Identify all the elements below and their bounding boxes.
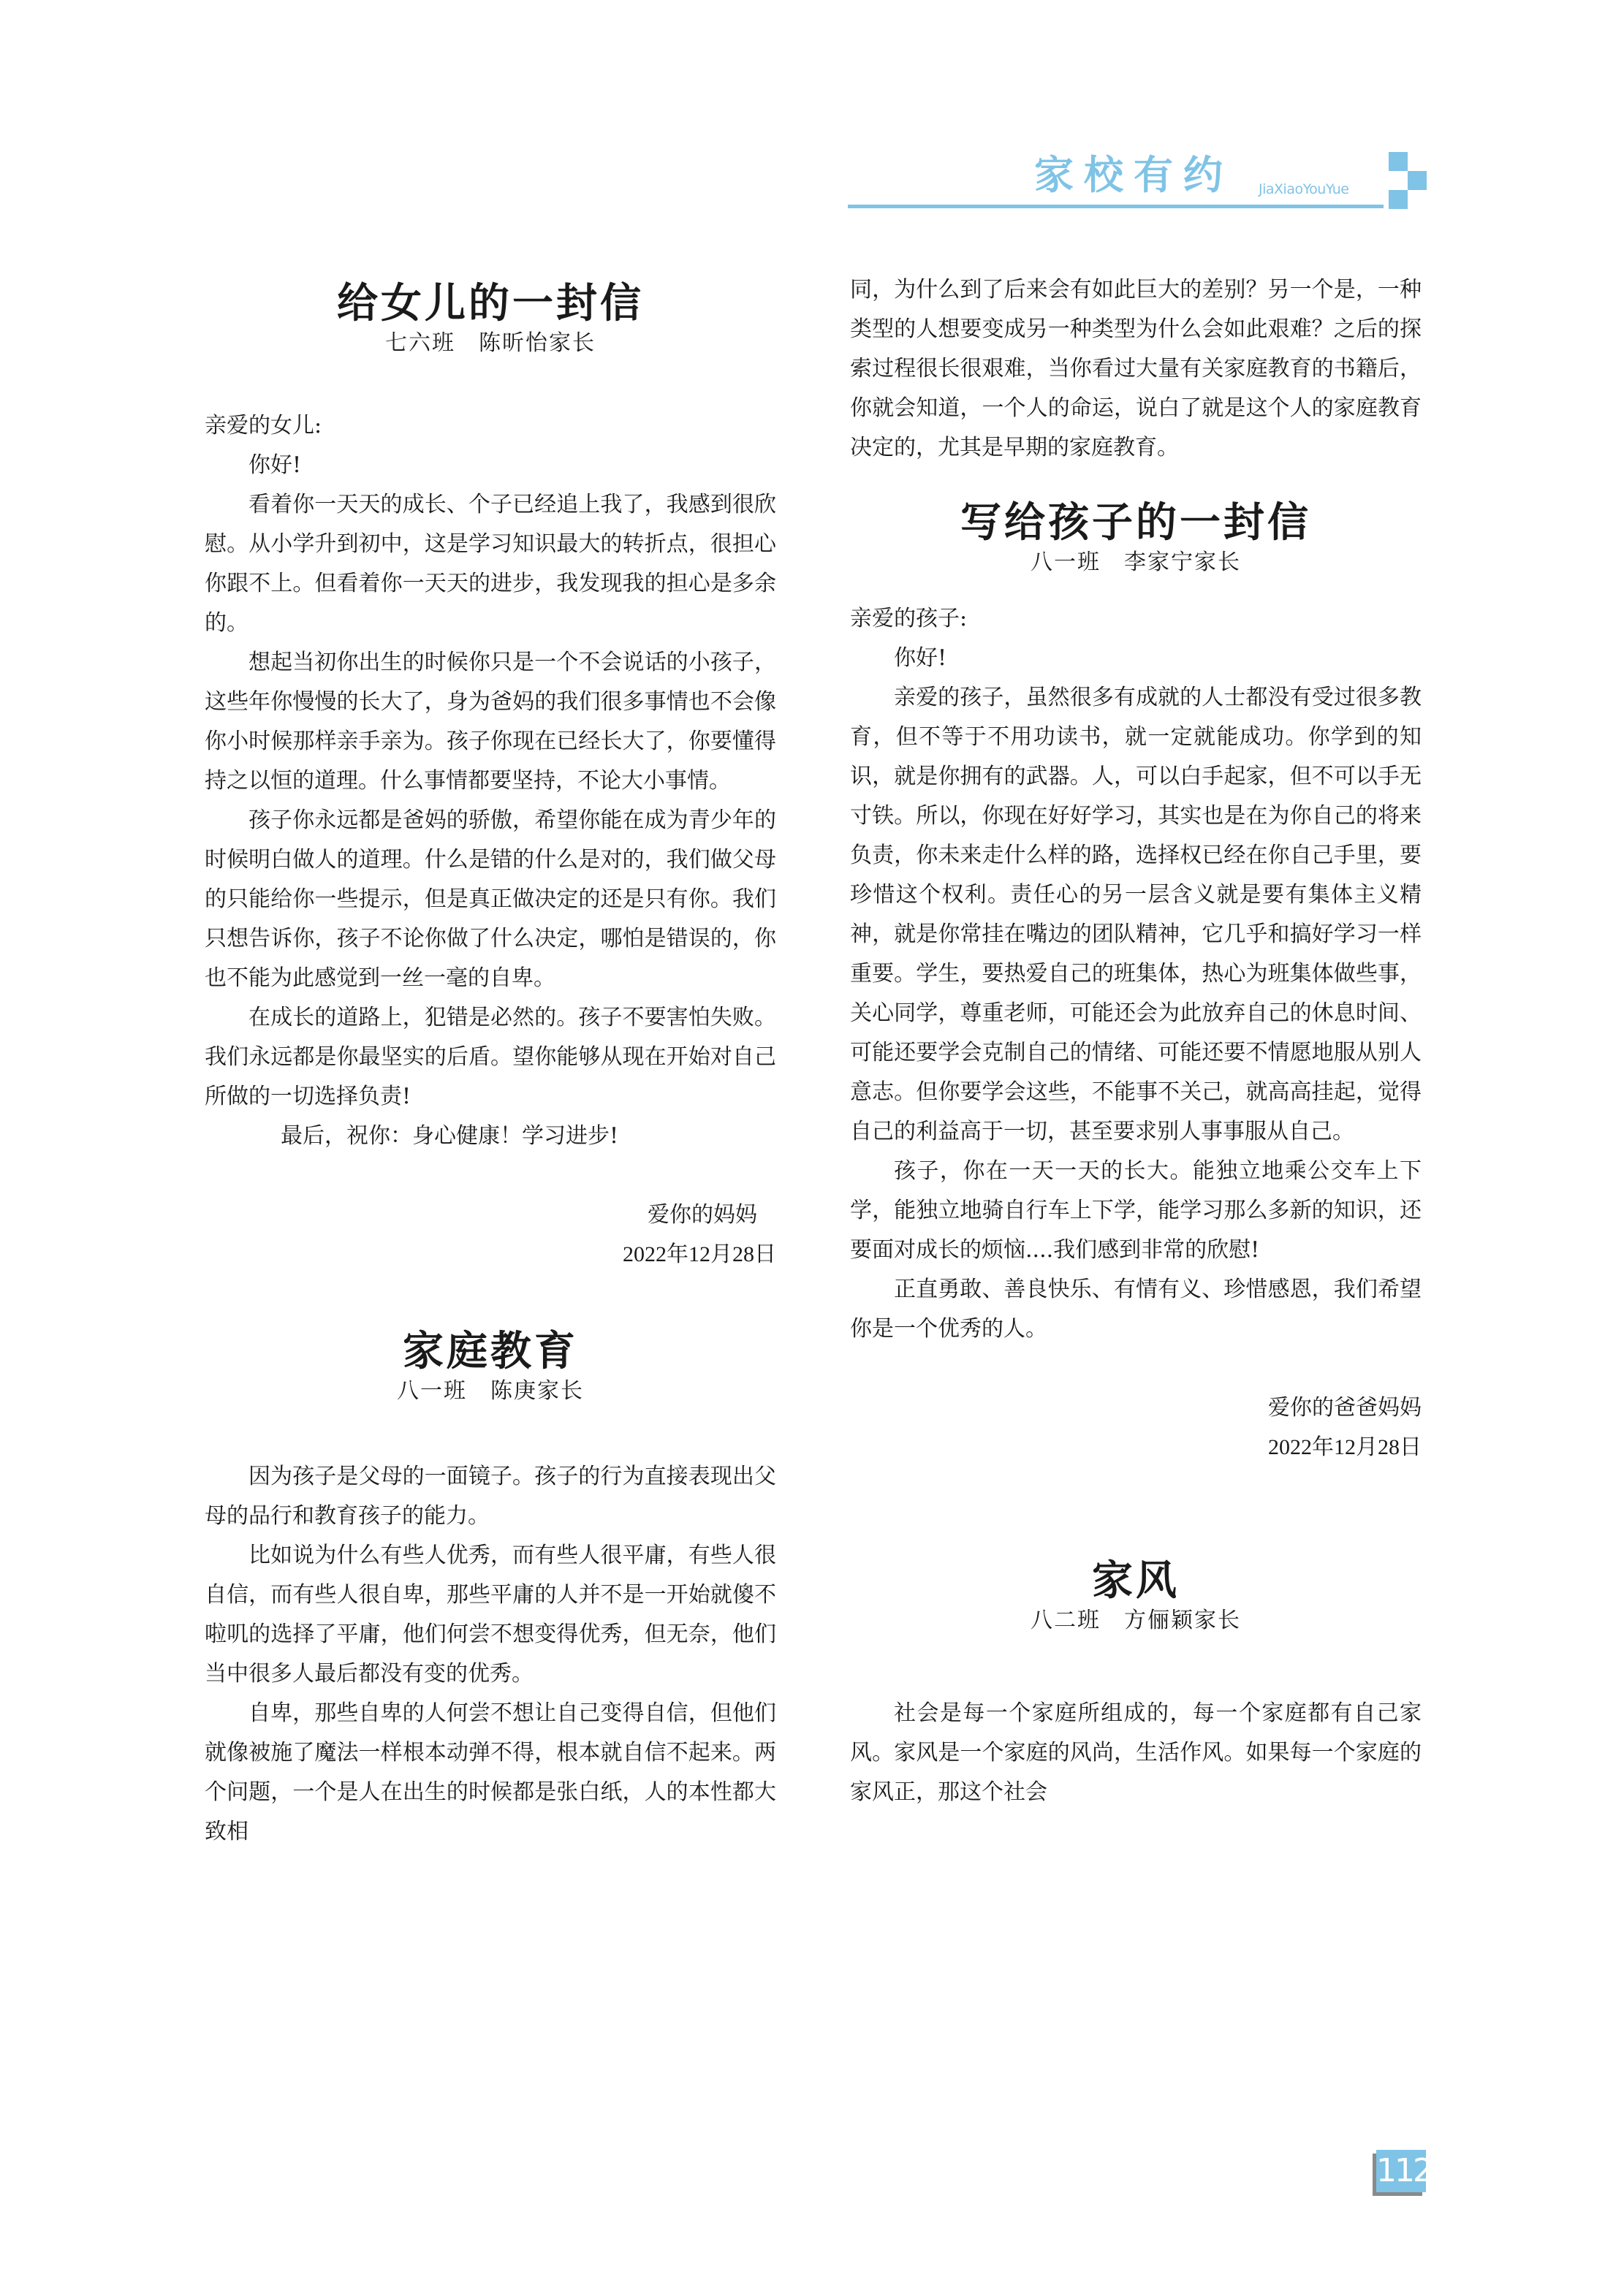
section-pinyin: JiaXiaoYouYue (1259, 180, 1349, 198)
paragraph: 比如说为什么有些人优秀，而有些人很平庸，有些人很自信，而有些人很自卑，那些平庸的… (205, 1536, 776, 1694)
article-byline: 八二班 方俪颖家长 (850, 1606, 1422, 1635)
article-title: 给女儿的一封信 (205, 278, 776, 329)
paragraph: 在成长的道路上，犯错是必然的。孩子不要害怕失败。我们永远都是你最坚实的后盾。望你… (205, 998, 776, 1117)
paragraph: 想起当初你出生的时候你只是一个不会说话的小孩子，这些年你慢慢的长大了，身为爸妈的… (205, 643, 776, 801)
article-family-education: 家庭教育 八一班 陈庚家长 因为孩子是父母的一面镜子。孩子的行为直接表现出父母的… (205, 1326, 776, 1852)
signature: 爱你的妈妈 (205, 1195, 776, 1235)
left-column: 给女儿的一封信 七六班 陈昕怡家长 亲爱的女儿: 你好! 看着你一天天的成长、个… (205, 278, 776, 1852)
article-byline: 七六班 陈昕怡家长 (205, 329, 776, 358)
article-title: 写给孩子的一封信 (850, 497, 1422, 548)
section-title: 家校有约 (1034, 150, 1233, 201)
paragraph-continuation: 同，为什么到了后来会有如此巨大的差别？另一个是，一种类型的人想要变成另一种类型为… (850, 270, 1422, 468)
article-title: 家风 (850, 1555, 1422, 1606)
article-title: 家庭教育 (205, 1326, 776, 1377)
article-byline: 八一班 陈庚家长 (205, 1377, 776, 1406)
paragraph: 自卑，那些自卑的人何尝不想让自己变得自信，但他们就像被施了魔法一样根本动弹不得，… (205, 1694, 776, 1852)
closing-wish: 最后，祝你：身心健康！学习进步! (205, 1117, 776, 1156)
paragraph: 看着你一天天的成长、个子已经追上我了，我感到很欣慰。从小学升到初中，这是学习知识… (205, 485, 776, 643)
page-number: 112 (1376, 2150, 1426, 2192)
header-rule (848, 205, 1384, 208)
article-family-tradition: 家风 八二班 方俪颖家长 社会是每一个家庭所组成的，每一个家庭都有自己家风。家风… (850, 1555, 1422, 1812)
salutation: 亲爱的孩子: (850, 599, 1422, 639)
article-letter-to-daughter: 给女儿的一封信 七六班 陈昕怡家长 亲爱的女儿: 你好! 看着你一天天的成长、个… (205, 278, 776, 1274)
letter-date: 2022年12月28日 (205, 1235, 776, 1274)
article-letter-to-child: 写给孩子的一封信 八一班 李家宁家长 亲爱的孩子: 你好! 亲爱的孩子，虽然很多… (850, 497, 1422, 1467)
right-column: 同，为什么到了后来会有如此巨大的差别？另一个是，一种类型的人想要变成另一种类型为… (850, 270, 1422, 1812)
paragraph: 社会是每一个家庭所组成的，每一个家庭都有自己家风。家风是一个家庭的风尚，生活作风… (850, 1694, 1422, 1812)
signature: 爱你的爸爸妈妈 (850, 1388, 1422, 1428)
header-square-decoration (1408, 171, 1427, 190)
letter-date: 2022年12月28日 (850, 1428, 1422, 1467)
greeting: 你好! (850, 639, 1422, 678)
article-byline: 八一班 李家宁家长 (850, 548, 1422, 577)
paragraph: 因为孩子是父母的一面镜子。孩子的行为直接表现出父母的品行和教育孩子的能力。 (205, 1457, 776, 1536)
paragraph: 正直勇敢、善良快乐、有情有义、珍惜感恩，我们希望你是一个优秀的人。 (850, 1270, 1422, 1349)
salutation: 亲爱的女儿: (205, 406, 776, 446)
paragraph: 孩子你永远都是爸妈的骄傲，希望你能在成为青少年的时候明白做人的道理。什么是错的什… (205, 801, 776, 998)
paragraph: 孩子，你在一天一天的长大。能独立地乘公交车上下学，能独立地骑自行车上下学，能学习… (850, 1152, 1422, 1270)
paragraph: 亲爱的孩子，虽然很多有成就的人士都没有受过很多教育，但不等于不用功读书，就一定就… (850, 678, 1422, 1152)
header-square-decoration (1389, 190, 1408, 209)
header-square-decoration (1389, 152, 1408, 171)
greeting: 你好! (205, 446, 776, 485)
